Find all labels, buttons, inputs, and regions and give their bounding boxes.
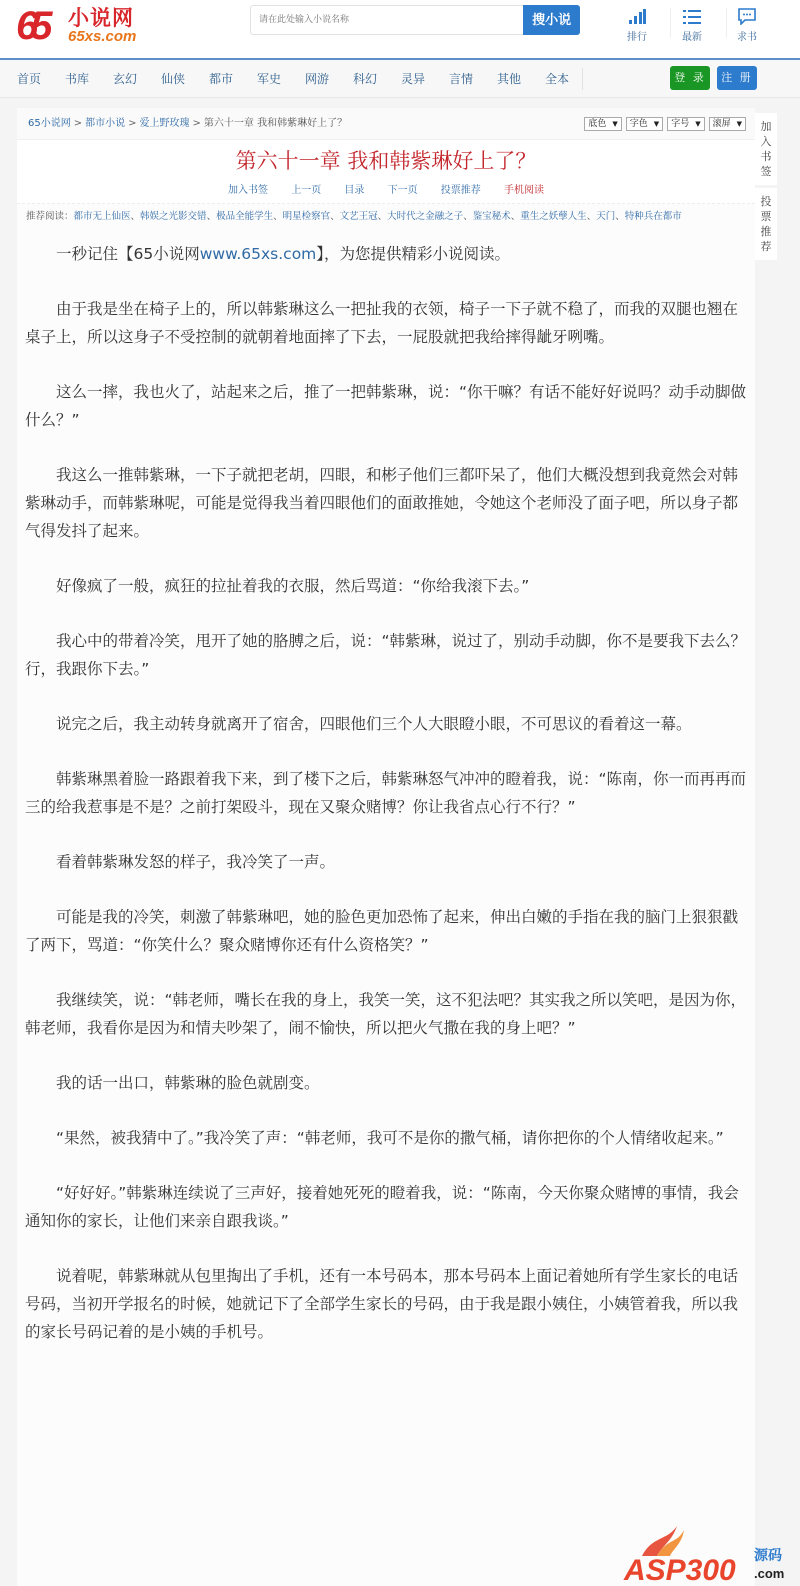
site-url-link[interactable]: www.65xs.com <box>200 245 317 263</box>
toc-link[interactable]: 目录 <box>344 185 364 196</box>
svg-text:源码: 源码 <box>754 1548 782 1564</box>
vote-link[interactable]: 投票推荐 <box>441 185 481 196</box>
paragraph: 我继续笑，说：“韩老师，嘴长在我的身上，我笑一笑，这不犯法吧？其实我之所以笑吧，… <box>25 986 747 1042</box>
select-label: 底色 <box>588 118 606 130</box>
paragraph: 可能是我的冷笑，刺激了韩紫琳吧，她的脸色更加恐怖了起来，伸出白嫩的手指在我的脑门… <box>25 903 747 959</box>
breadcrumb-category[interactable]: 都市小说 <box>85 118 125 129</box>
register-button[interactable]: 注 册 <box>717 66 757 90</box>
reader-settings: 底色▼ 字色▼ 字号▼ 滚屏▼ <box>584 117 746 131</box>
nav-urban[interactable]: 都市 <box>209 60 233 98</box>
recommend-item[interactable]: 文艺王冠 <box>340 211 378 222</box>
chapter-links: 加入书签 上一页 目录 下一页 投票推荐 手机阅读 <box>17 184 755 198</box>
latest-link[interactable]: 最新 <box>667 3 717 43</box>
recommend-item[interactable]: 大时代之金融之子 <box>387 211 463 222</box>
login-button[interactable]: 登 录 <box>670 66 710 90</box>
paragraph: 我的话一出口，韩紫琳的脸色就剧变。 <box>25 1069 747 1097</box>
nav-xianxia[interactable]: 仙侠 <box>161 60 185 98</box>
nav-other[interactable]: 其他 <box>497 60 521 98</box>
recommend-item[interactable]: 重生之妖孽人生 <box>520 211 587 222</box>
nav-home[interactable]: 首页 <box>17 60 41 98</box>
paragraph: “果然，被我猜中了。”我冷笑了声：“韩老师，我可不是你的撒气桶，请你把你的个人情… <box>25 1124 747 1152</box>
prev-page-link[interactable]: 上一页 <box>291 185 321 196</box>
breadcrumb-separator: > <box>193 118 201 129</box>
list-icon <box>667 3 717 25</box>
search-button[interactable]: 搜小说 <box>523 5 580 35</box>
font-color-select[interactable]: 字色▼ <box>626 117 663 131</box>
message-icon <box>722 3 772 25</box>
paragraph: 这么一摔，我也火了，站起来之后，推了一把韩紫琳，说：“你干嘛？有话不能好好说吗？… <box>25 378 747 434</box>
search-bar: 搜小说 <box>250 5 580 35</box>
breadcrumb-current: 第六十一章 我和韩紫琳好上了？ <box>204 118 347 129</box>
chapter-header: 第六十一章 我和韩紫琳好上了？ 加入书签 上一页 目录 下一页 投票推荐 手机阅… <box>17 140 755 204</box>
bar-chart-icon <box>612 3 662 25</box>
ranking-link[interactable]: 排行 <box>612 3 662 43</box>
add-bookmark-link[interactable]: 加入书签 <box>228 185 268 196</box>
background-color-select[interactable]: 底色▼ <box>584 117 621 131</box>
paragraph: 说着呢，韩紫琳就从包里掏出了手机，还有一本号码本，那本号码本上面记着她所有学生家… <box>25 1262 747 1346</box>
recommend-item[interactable]: 天门 <box>596 211 615 222</box>
request-book-label: 求书 <box>722 28 772 43</box>
select-label: 字色 <box>630 118 648 130</box>
paragraph: 我心中的带着冷笑，甩开了她的胳膊之后，说：“韩紫琳，说过了，别动手动脚，你不是要… <box>25 627 747 683</box>
latest-label: 最新 <box>667 28 717 43</box>
nav-online-game[interactable]: 网游 <box>305 60 329 98</box>
chapter-content: 一秒记住【65小说网www.65xs.com】，为您提供精彩小说阅读。 由于我是… <box>17 240 755 1346</box>
paragraph: 好像疯了一般，疯狂的拉扯着我的衣服，然后骂道：“你给我滚下去。” <box>25 572 747 600</box>
breadcrumb: 65小说网>都市小说>爱上野玫瑰>第六十一章 我和韩紫琳好上了？ <box>28 108 347 140</box>
nav-military[interactable]: 军史 <box>257 60 281 98</box>
nav-complete[interactable]: 全本 <box>545 60 569 98</box>
paragraph: “好好好。”韩紫琳连续说了三声好，接着她死死的瞪着我，说：“陈南，今天你聚众赌博… <box>25 1179 747 1235</box>
breadcrumb-book[interactable]: 爱上野玫瑰 <box>140 118 190 129</box>
side-add-bookmark-button[interactable]: 加入书签 <box>755 113 777 185</box>
next-page-link[interactable]: 下一页 <box>388 185 418 196</box>
paragraph: 我这么一推韩紫琳，一下子就把老胡，四眼，和彬子他们三都吓呆了，他们大概没想到我竟… <box>25 461 747 545</box>
recommend-item[interactable]: 明星检察官 <box>283 211 331 222</box>
side-toolbar: 加入书签 投票推荐 <box>755 113 777 260</box>
site-logo[interactable]: 65 小说网 65xs.com <box>16 4 146 50</box>
watermark-text: ASP300 <box>623 1554 736 1586</box>
dropdown-arrow-icon: ▼ <box>695 118 700 130</box>
recommend-item[interactable]: 鉴宝秘术 <box>473 211 511 222</box>
site-header: 65 小说网 65xs.com 搜小说 排行 最新 求书 <box>0 0 800 58</box>
recommend-item[interactable]: 韩娱之光影交错 <box>140 211 207 222</box>
nav-scifi[interactable]: 科幻 <box>353 60 377 98</box>
dropdown-arrow-icon: ▼ <box>654 118 659 130</box>
request-book-link[interactable]: 求书 <box>722 3 772 43</box>
font-size-select[interactable]: 字号▼ <box>667 117 704 131</box>
logo-number: 65 <box>16 4 45 48</box>
search-input[interactable] <box>250 5 523 35</box>
logo-domain: 65xs.com <box>68 28 136 46</box>
intro-text: 】，为您提供精彩小说阅读。 <box>316 245 510 263</box>
breadcrumb-separator: > <box>128 118 136 129</box>
divider <box>582 68 583 90</box>
ranking-label: 排行 <box>612 28 662 43</box>
paragraph: 由于我是坐在椅子上的，所以韩紫琳这么一把扯我的衣领，椅子一下子就不稳了，而我的双… <box>25 295 747 351</box>
side-vote-button[interactable]: 投票推荐 <box>755 185 777 260</box>
intro-text: 一秒记住【65小说网 <box>56 245 200 263</box>
watermark-logo: ASP300 源码 .com <box>622 1516 790 1586</box>
recommend-label: 推荐阅读： <box>26 211 74 222</box>
paragraph: 一秒记住【65小说网www.65xs.com】，为您提供精彩小说阅读。 <box>25 240 747 268</box>
nav-library[interactable]: 书库 <box>65 60 89 98</box>
recommended-reading: 推荐阅读：都市无上仙医、韩娱之光影交错、极品全能学生、明星检察官、文艺王冠、大时… <box>17 204 755 240</box>
chapter-title: 第六十一章 我和韩紫琳好上了？ <box>17 146 755 176</box>
nav-supernatural[interactable]: 灵异 <box>401 60 425 98</box>
dropdown-arrow-icon: ▼ <box>737 118 742 130</box>
select-label: 字号 <box>671 118 689 130</box>
breadcrumb-separator: > <box>74 118 82 129</box>
paragraph: 看着韩紫琳发怒的样子，我冷笑了一声。 <box>25 848 747 876</box>
recommend-item[interactable]: 极品全能学生 <box>216 211 273 222</box>
recommend-item[interactable]: 特种兵在都市 <box>625 211 682 222</box>
breadcrumb-bar: 65小说网>都市小说>爱上野玫瑰>第六十一章 我和韩紫琳好上了？ 底色▼ 字色▼… <box>17 108 755 140</box>
mobile-read-link[interactable]: 手机阅读 <box>504 185 544 196</box>
auto-scroll-select[interactable]: 滚屏▼ <box>709 117 746 131</box>
nav-fantasy[interactable]: 玄幻 <box>113 60 137 98</box>
paragraph: 说完之后，我主动转身就离开了宿舍，四眼他们三个人大眼瞪小眼，不可思议的看着这一幕… <box>25 710 747 738</box>
reading-panel: 65小说网>都市小说>爱上野玫瑰>第六十一章 我和韩紫琳好上了？ 底色▼ 字色▼… <box>17 108 755 1586</box>
recommend-item[interactable]: 都市无上仙医 <box>74 211 131 222</box>
svg-text:.com: .com <box>754 1566 784 1581</box>
breadcrumb-home[interactable]: 65小说网 <box>28 118 71 129</box>
paragraph: 韩紫琳黑着脸一路跟着我下来，到了楼下之后，韩紫琳怒气冲冲的瞪着我，说：“陈南，你… <box>25 765 747 821</box>
select-label: 滚屏 <box>713 118 731 130</box>
dropdown-arrow-icon: ▼ <box>612 118 617 130</box>
logo-name: 小说网 <box>68 6 134 30</box>
main-nav: 首页 书库 玄幻 仙侠 都市 军史 网游 科幻 灵异 言情 其他 全本 登 录 … <box>0 58 800 98</box>
nav-romance[interactable]: 言情 <box>449 60 473 98</box>
